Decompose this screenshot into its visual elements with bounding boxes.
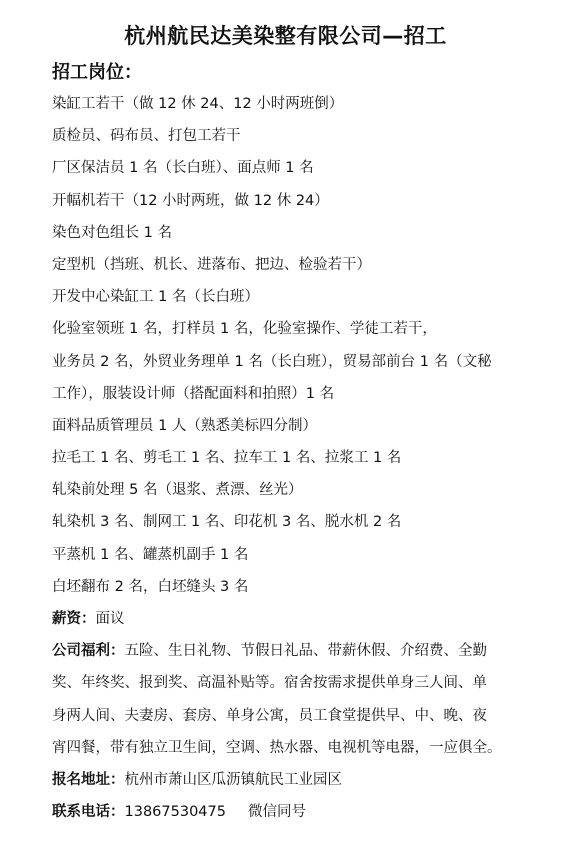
benefits-label: 公司福利： xyxy=(52,643,125,659)
position-item: 平蒸机 1 名、罐蒸机副手 1 名 xyxy=(52,539,542,571)
phone-note: 微信同号 xyxy=(248,804,306,820)
position-item: 工作），服装设计师（搭配面料和拍照）1 名 xyxy=(52,378,542,410)
benefits-row: 公司福利：五险、生日礼物、节假日礼品、带薪休假、介绍费、全勤 xyxy=(52,635,542,667)
benefits-line: 五险、生日礼物、节假日礼品、带薪休假、介绍费、全勤 xyxy=(125,643,488,659)
positions-heading: 招工岗位： xyxy=(52,58,142,84)
content-body: 染缸工若干（做 12 休 24、12 小时两班倒） 质检员、码布员、打包工若干 … xyxy=(52,88,542,828)
phone-label: 联系电话： xyxy=(52,804,125,820)
address-row: 报名地址：杭州市萧山区瓜沥镇航民工业园区 xyxy=(52,764,542,796)
phone-value[interactable]: 13867530475 xyxy=(125,804,226,820)
position-item: 染色对色组长 1 名 xyxy=(52,217,542,249)
notice-title: 杭州航民达美染整有限公司—招工 xyxy=(0,20,571,50)
position-item: 业务员 2 名，外贸业务理单 1 名（长白班），贸易部前台 1 名（文秘 xyxy=(52,346,542,378)
benefits-line: 身两人间、夫妻房、套房、单身公寓，员工食堂提供早、中、晚、夜 xyxy=(52,700,542,732)
position-item: 拉毛工 1 名、剪毛工 1 名、拉车工 1 名、拉浆工 1 名 xyxy=(52,442,542,474)
position-item: 白坯翻布 2 名，白坯缝头 3 名 xyxy=(52,571,542,603)
benefits-line: 宵四餐，带有独立卫生间，空调、热水器、电视机等电器，一应俱全。 xyxy=(52,732,542,764)
salary-row: 薪资：面议 xyxy=(52,603,542,635)
position-item: 厂区保洁员 1 名（长白班）、面点师 1 名 xyxy=(52,152,542,184)
position-item: 面料品质管理员 1 人（熟悉美标四分制） xyxy=(52,410,542,442)
address-value: 杭州市萧山区瓜沥镇航民工业园区 xyxy=(125,772,343,788)
position-item: 质检员、码布员、打包工若干 xyxy=(52,120,542,152)
benefits-line: 奖、年终奖、报到奖、高温补贴等。宿舍按需求提供单身三人间、单 xyxy=(52,667,542,699)
position-item: 定型机（挡班、机长、进落布、把边、检验若干） xyxy=(52,249,542,281)
salary-label: 薪资： xyxy=(52,611,96,627)
position-item: 开幅机若干（12 小时两班，做 12 休 24） xyxy=(52,185,542,217)
position-item: 染缸工若干（做 12 休 24、12 小时两班倒） xyxy=(52,88,542,120)
address-label: 报名地址： xyxy=(52,772,125,788)
position-item: 开发中心染缸工 1 名（长白班） xyxy=(52,281,542,313)
salary-value: 面议 xyxy=(96,611,125,627)
position-item: 轧染前处理 5 名（退浆、煮漂、丝光） xyxy=(52,474,542,506)
position-item: 轧染机 3 名、制网工 1 名、印花机 3 名、脱水机 2 名 xyxy=(52,506,542,538)
recruitment-notice: 杭州航民达美染整有限公司—招工 招工岗位： 染缸工若干（做 12 休 24、12… xyxy=(0,0,571,851)
position-item: 化验室领班 1 名，打样员 1 名，化验室操作、学徒工若干， xyxy=(52,313,542,345)
phone-row: 联系电话：13867530475微信同号 xyxy=(52,796,542,828)
